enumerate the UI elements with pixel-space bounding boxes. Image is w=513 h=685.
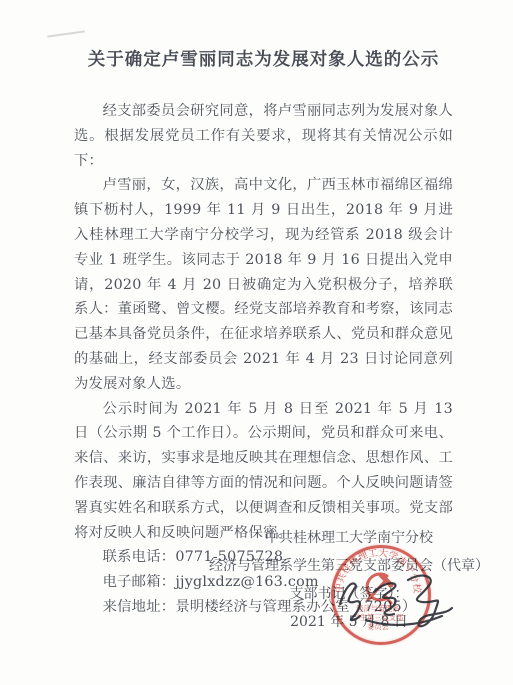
contact-phone-label: 联系电话： — [103, 549, 176, 565]
scanned-document-page: 关于确定卢雪丽同志为发展对象人选的公示 经支部委员会研究同意，将卢雪丽同志列为发… — [0, 0, 513, 685]
handwritten-signature — [330, 570, 460, 632]
body-paragraph-2: 卢雪丽，女，汉族，高中文化，广西玉林市福绵区福绵镇下枥村人，1999 年 11 … — [74, 173, 453, 396]
body-paragraph-1: 经支部委员会研究同意，将卢雪丽同志列为发展对象人选。根据发展党员工作有关要求，现… — [74, 99, 453, 173]
contact-address-label: 来信地址： — [103, 599, 176, 615]
contact-email-label: 电子邮箱： — [103, 574, 176, 590]
document-title: 关于确定卢雪丽同志为发展对象人选的公示 — [74, 47, 453, 73]
